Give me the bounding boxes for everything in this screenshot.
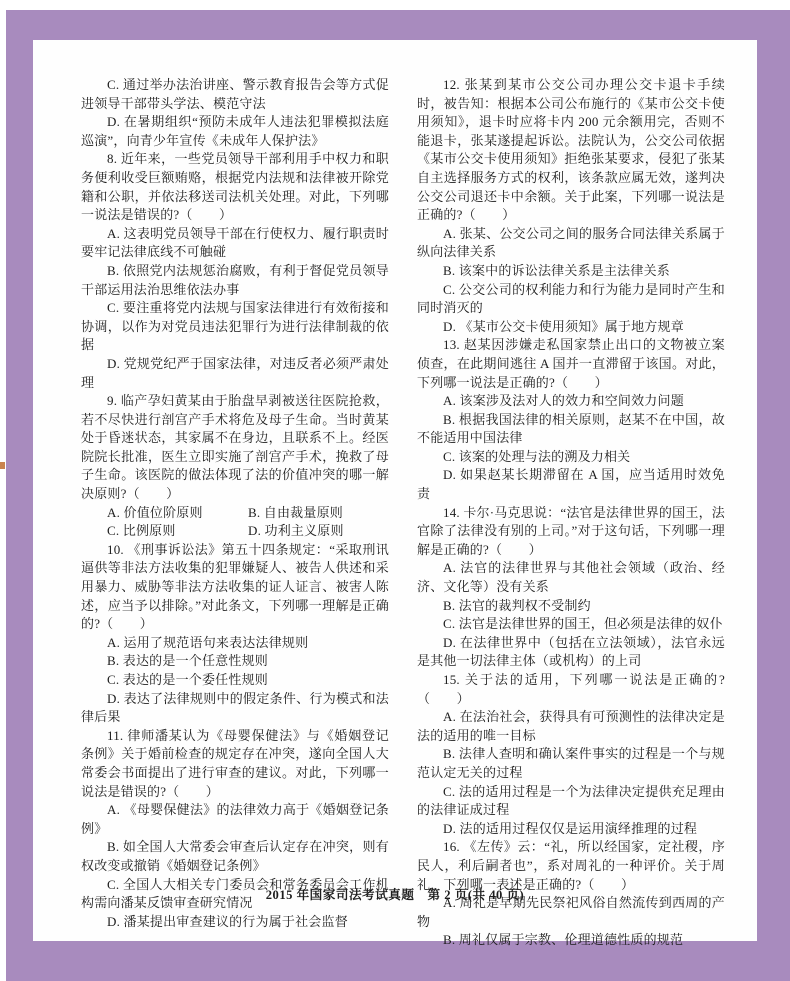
option-paragraph: D. 《某市公交卡使用须知》属于地方规章 <box>417 318 725 337</box>
option-text: D. 功利主义原则 <box>248 522 389 541</box>
question-paragraph: 10. 《刑事诉讼法》第五十四条规定：“采取刑讯逼供等非法方法收集的犯罪嫌疑人、… <box>81 541 389 634</box>
question-paragraph: 8. 近年来，一些党员领导干部利用手中权力和职务便利收受巨额贿赂，根据党内法规和… <box>81 150 389 224</box>
option-paragraph: A. 这表明党员领导干部在行使权力、履行职责时要牢记法律底线不可触碰 <box>81 225 389 262</box>
column-left: C. 通过举办法治讲座、警示教育报告会等方式促进领导干部带头学法、模范守法D. … <box>81 76 389 950</box>
option-paragraph: A. 《母婴保健法》的法律效力高于《婚姻登记条例》 <box>81 801 389 838</box>
option-paragraph: B. 周礼仅属于宗教、伦理道德性质的规范 <box>417 931 725 950</box>
question-paragraph: 12. 张某到某市公交公司办理公交卡退卡手续时，被告知：根据本公司公布施行的《某… <box>417 76 725 225</box>
question-paragraph: 11. 律师潘某认为《母婴保健法》与《婚姻登记条例》关于婚前检查的规定存在冲突，… <box>81 727 389 801</box>
option-paragraph: D. 法的适用过程仅仅是运用演绎推理的过程 <box>417 820 725 839</box>
question-paragraph: 13. 赵某因涉嫌走私国家禁止出口的文物被立案侦查，在此期间逃往 A 国并一直滞… <box>417 336 725 392</box>
option-paragraph: B. 法官的裁判权不受制约 <box>417 597 725 616</box>
option-pair-row: A. 价值位阶原则B. 自由裁量原则 <box>81 504 389 523</box>
option-paragraph: A. 张某、公交公司之间的服务合同法律关系属于纵向法律关系 <box>417 225 725 262</box>
two-column-text: C. 通过举办法治讲座、警示教育报告会等方式促进领导干部带头学法、模范守法D. … <box>33 40 757 950</box>
option-paragraph: C. 公交公司的权利能力和行为能力是同时产生和同时消灭的 <box>417 281 725 318</box>
option-paragraph: C. 该案的处理与法的溯及力相关 <box>417 448 725 467</box>
option-paragraph: C. 表达的是一个委任性规则 <box>81 671 389 690</box>
option-paragraph: A. 法官的法律世界与其他社会领域（政治、经济、文化等）没有关系 <box>417 559 725 596</box>
page-footer: 2015 年国家司法考试真题 第 2 页(共 40 页) <box>33 884 757 903</box>
option-paragraph: B. 该案中的诉讼法律关系是主法律关系 <box>417 262 725 281</box>
option-paragraph: D. 在暑期组织“预防未成年人违法犯罪模拟法庭巡演”，向青少年宣传《未成年人保护… <box>81 113 389 150</box>
option-paragraph: D. 潘某提出审查建议的行为属于社会监督 <box>81 913 389 932</box>
option-paragraph: C. 法官是法律世界的国王，但必须是法律的奴仆 <box>417 615 725 634</box>
option-paragraph: A. 该案涉及法对人的效力和空间效力问题 <box>417 392 725 411</box>
option-paragraph: D. 在法律世界中（包括在立法领域），法官永远是其他一切法律主体（或机构）的上司 <box>417 634 725 671</box>
option-text: C. 比例原则 <box>107 522 248 541</box>
option-paragraph: C. 通过举办法治讲座、警示教育报告会等方式促进领导干部带头学法、模范守法 <box>81 76 389 113</box>
option-pair-row: C. 比例原则D. 功利主义原则 <box>81 522 389 541</box>
option-text: A. 价值位阶原则 <box>107 504 248 523</box>
option-paragraph: D. 党规党纪严于国家法律，对违反者必须严肃处理 <box>81 355 389 392</box>
option-paragraph: C. 要注重将党内法规与国家法律进行有效衔接和协调，以作为对党员违法犯罪行为进行… <box>81 299 389 355</box>
option-paragraph: B. 根据我国法律的相关原则，赵某不在中国，故不能适用中国法律 <box>417 411 725 448</box>
option-paragraph: B. 表达的是一个任意性规则 <box>81 652 389 671</box>
option-paragraph: C. 法的适用过程是一个为法律决定提供充足理由的法律证成过程 <box>417 783 725 820</box>
option-paragraph: B. 如全国人大常委会审查后认定存在冲突，则有权改变或撤销《婚姻登记条例》 <box>81 838 389 875</box>
question-paragraph: 9. 临产孕妇黄某由于胎盘早剥被送往医院抢救，若不尽快进行剖宫产手术将危及母子生… <box>81 392 389 504</box>
column-right: 12. 张某到某市公交公司办理公交卡退卡手续时，被告知：根据本公司公布施行的《某… <box>417 76 725 950</box>
option-paragraph: B. 依照党内法规惩治腐败，有利于督促党员领导干部运用法治思维依法办事 <box>81 262 389 299</box>
option-paragraph: A. 在法治社会，获得具有可预测性的法律决定是法的适用的唯一目标 <box>417 708 725 745</box>
scan-edge-mark <box>0 462 5 469</box>
option-paragraph: D. 表达了法律规则中的假定条件、行为模式和法律后果 <box>81 690 389 727</box>
question-paragraph: 15. 关于法的适用，下列哪一说法是正确的?（ ） <box>417 671 725 708</box>
option-paragraph: B. 法律人查明和确认案件事实的过程是一个与规范认定无关的过程 <box>417 745 725 782</box>
option-paragraph: A. 运用了规范语句来表达法律规则 <box>81 634 389 653</box>
exam-paper-page: C. 通过举办法治讲座、警示教育报告会等方式促进领导干部带头学法、模范守法D. … <box>33 40 757 941</box>
option-paragraph: D. 如果赵某长期滞留在 A 国，应当适用时效免责 <box>417 466 725 503</box>
option-text: B. 自由裁量原则 <box>248 504 389 523</box>
question-paragraph: 14. 卡尔·马克思说：“法官是法律世界的国王，法官除了法律没有别的上司。”对于… <box>417 504 725 560</box>
